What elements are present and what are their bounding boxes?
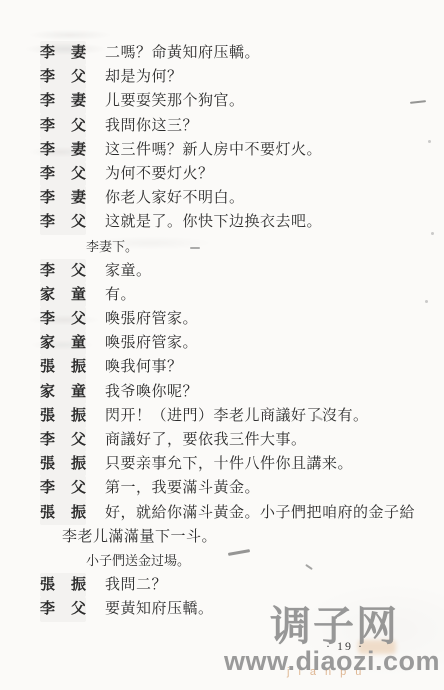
dialogue-text: 这就是了。你快下边换衣去吧。	[105, 210, 322, 234]
dialogue-text: 有。	[105, 283, 136, 307]
dialogue-text: 我問你这三？	[105, 114, 198, 138]
dialogue-text: 二嗎？命黃知府压轎。	[105, 41, 260, 65]
script-body: 李妻 二嗎？命黃知府压轎。 李父 却是为何？ 李妻 儿要耍笑那个狗官。 李父 我…	[40, 41, 444, 622]
script-line: 李父 喚張府管家。	[40, 307, 444, 331]
scanned-script-page: 李妻 二嗎？命黃知府压轎。 李父 却是为何？ 李妻 儿要耍笑那个狗官。 李父 我…	[0, 0, 444, 690]
speaker-name: 李父	[40, 476, 86, 500]
script-line: 張振 好，就給你滿斗黃金。小子們把咱府的金子給	[40, 501, 444, 525]
script-line: 張振 我問二？	[40, 573, 444, 597]
dialogue-text: 喚張府管家。	[105, 307, 198, 331]
speaker-name: 李妻	[40, 89, 86, 113]
stage-direction-text: 李妻下。	[86, 235, 138, 259]
speaker-name: 張振	[40, 573, 86, 597]
dialogue-text: 閃开！（进門）李老儿商議好了沒有。	[105, 404, 369, 428]
speaker-name: 李父	[40, 210, 86, 234]
dialogue-text: 我問二？	[105, 573, 167, 597]
script-line: 張振 喚我何事？	[40, 355, 444, 379]
dialogue-text: 喚我何事？	[105, 355, 183, 379]
script-line: 李妻 二嗎？命黃知府压轎。	[40, 41, 444, 65]
speaker-name: 家童	[40, 331, 86, 355]
speaker-name: 李父	[40, 428, 86, 452]
script-line: 家童 我爷喚你呢？	[40, 380, 444, 404]
speaker-name: 家童	[40, 380, 86, 404]
dialogue-continuation: 李老儿滿滿量下一斗。	[40, 525, 444, 549]
script-line: 李妻 这三件嗎？新人房中不要灯火。	[40, 138, 444, 162]
stage-direction: 李妻下。	[40, 235, 444, 259]
speaker-name: 李妻	[40, 138, 86, 162]
dialogue-text: 第一，我要滿斗黃金。	[105, 476, 260, 500]
script-line: 家童 喚張府管家。	[40, 331, 444, 355]
script-line: 李妻 你老人家好不明白。	[40, 186, 444, 210]
dialogue-text: 商議好了，要依我三件大事。	[105, 428, 307, 452]
dialogue-text: 要黃知府压轎。	[105, 597, 214, 621]
script-line: 家童 有。	[40, 283, 444, 307]
dialogue-text: 家童。	[105, 259, 152, 283]
speaker-name: 李父	[40, 307, 86, 331]
page-number: · 19 ·	[326, 639, 364, 654]
speaker-name: 李父	[40, 114, 86, 138]
script-line: 李父 商議好了，要依我三件大事。	[40, 428, 444, 452]
dialogue-text: 喚張府管家。	[105, 331, 198, 355]
dialogue-text: 只要亲事允下，十件八件你且講来。	[105, 452, 353, 476]
scan-artifact-speck	[425, 300, 428, 303]
speaker-name: 李父	[40, 597, 86, 621]
script-line: 張振 閃开！（进門）李老儿商議好了沒有。	[40, 404, 444, 428]
script-line: 李父 第一，我要滿斗黃金。	[40, 476, 444, 500]
scan-artifact-speck	[431, 232, 434, 235]
speaker-name: 張振	[40, 501, 86, 525]
script-line: 李父 家童。	[40, 259, 444, 283]
script-line: 李父 却是为何？	[40, 65, 444, 89]
scan-artifact-dash	[190, 247, 200, 249]
script-line: 李妻 儿要耍笑那个狗官。	[40, 89, 444, 113]
stage-direction-text: 小子們送金过場。	[86, 549, 190, 573]
speaker-name: 張振	[40, 452, 86, 476]
continuation-text: 李老儿滿滿量下一斗。	[62, 525, 217, 549]
speaker-name: 李父	[40, 162, 86, 186]
speaker-name: 李妻	[40, 41, 86, 65]
dialogue-text: 你老人家好不明白。	[105, 186, 245, 210]
speaker-name: 李妻	[40, 186, 86, 210]
speaker-name: 家童	[40, 283, 86, 307]
dialogue-text: 儿要耍笑那个狗官。	[105, 89, 245, 113]
script-line: 李父 这就是了。你快下边换衣去吧。	[40, 210, 444, 234]
script-line: 李父 为何不要灯火？	[40, 162, 444, 186]
dialogue-text: 却是为何？	[105, 65, 183, 89]
dialogue-text: 好，就給你滿斗黃金。小子們把咱府的金子給	[105, 501, 415, 525]
dialogue-text: 这三件嗎？新人房中不要灯火。	[105, 138, 322, 162]
script-line: 張振 只要亲事允下，十件八件你且講来。	[40, 452, 444, 476]
speaker-name: 張振	[40, 355, 86, 379]
speaker-name: 張振	[40, 404, 86, 428]
dialogue-text: 为何不要灯火？	[105, 162, 214, 186]
scan-artifact-speck	[428, 140, 431, 143]
dialogue-text: 我爷喚你呢？	[105, 380, 198, 404]
speaker-name: 李父	[40, 65, 86, 89]
script-line: 李父 我問你这三？	[40, 114, 444, 138]
speaker-name: 李父	[40, 259, 86, 283]
